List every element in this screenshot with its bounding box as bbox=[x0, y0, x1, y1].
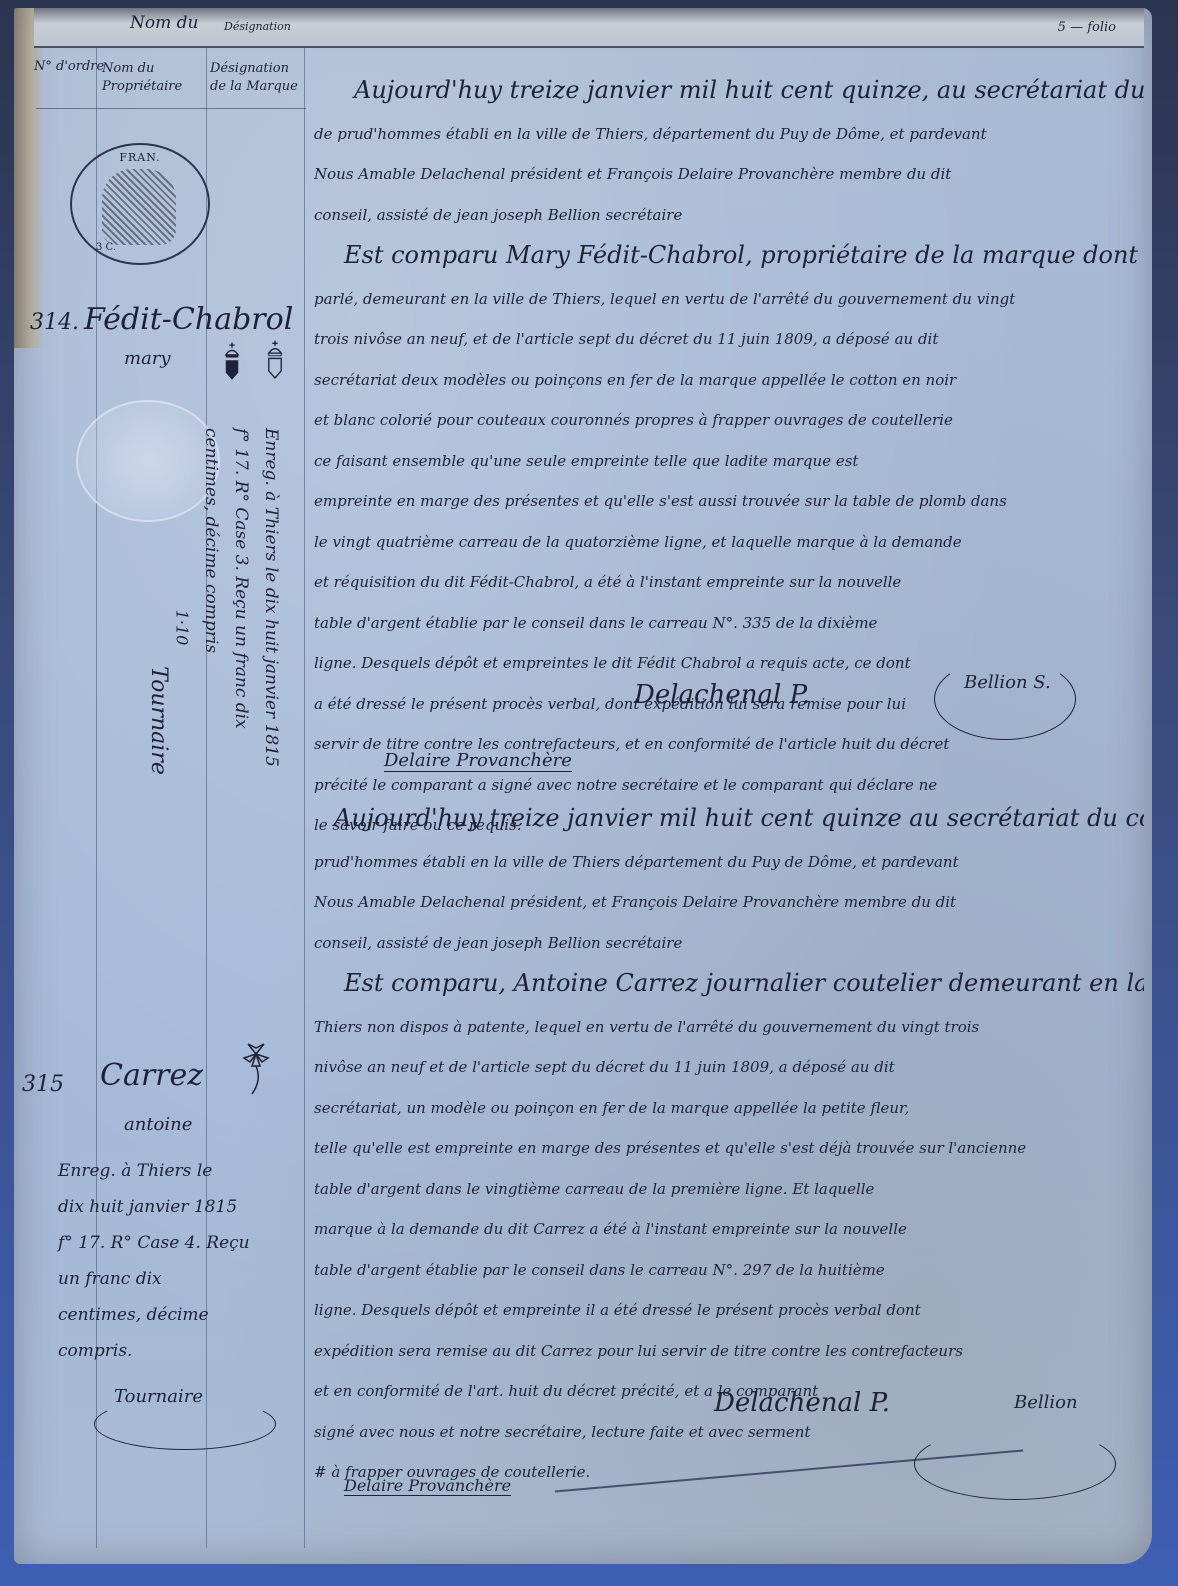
owner-first-name: mary bbox=[124, 348, 171, 369]
revenue-stamp: FRAN. 3 C. bbox=[70, 143, 210, 265]
col-header-number: N° d'ordre bbox=[34, 58, 104, 76]
entry-number: 315 bbox=[22, 1072, 64, 1097]
top-header-name: Nom du bbox=[130, 14, 198, 32]
owner-first-name: antoine bbox=[124, 1114, 192, 1135]
col-header-owner: Nom du Propriétaire bbox=[102, 60, 202, 96]
entry-number: 314. bbox=[30, 310, 79, 335]
top-header-designation: Désignation bbox=[224, 18, 291, 36]
column-rule bbox=[304, 48, 305, 1548]
signature-flourish bbox=[914, 1428, 1116, 1500]
signature-flourish bbox=[934, 658, 1076, 740]
header-strip: Nom du Désignation 5 — folio bbox=[34, 8, 1144, 48]
registration-margin-note: Enreg. à Thiers le dix huit janvier 1815… bbox=[58, 1153, 298, 1369]
register-page: Nom du Désignation 5 — folio N° d'ordre … bbox=[14, 8, 1152, 1564]
col-header-mark: Désignation de la Marque bbox=[210, 60, 302, 96]
signature-president: Delachenal P. bbox=[714, 1388, 890, 1418]
stamp-value: 3 C. bbox=[96, 242, 116, 253]
stamp-seated-figure-icon bbox=[102, 169, 176, 245]
margin-signature: Tournaire bbox=[146, 666, 171, 775]
signature-member: Delaire Provanchère bbox=[344, 1476, 511, 1496]
crown-white-shield-icon bbox=[267, 338, 283, 386]
signature-secretary: Bellion bbox=[1014, 1392, 1078, 1413]
fee-amount: 1·10 bbox=[172, 610, 191, 646]
page-number: 5 — folio bbox=[1058, 20, 1116, 35]
stamp-text: FRAN. bbox=[72, 151, 208, 164]
signature-member: Delaire Provanchère bbox=[384, 750, 572, 772]
header-rule bbox=[36, 108, 306, 109]
owner-surname: Carrez bbox=[100, 1058, 203, 1093]
little-flower-mark-icon bbox=[236, 1040, 276, 1100]
crown-black-shield-icon bbox=[224, 338, 240, 386]
registration-margin-note: Enreg. à Thiers le dix huit janvier 1815… bbox=[196, 428, 286, 767]
signature-flourish bbox=[94, 1398, 276, 1450]
signature-president: Delachenal P. bbox=[634, 680, 810, 710]
owner-surname: Fédit-Chabrol bbox=[84, 302, 293, 337]
mark-impressions bbox=[224, 338, 305, 390]
